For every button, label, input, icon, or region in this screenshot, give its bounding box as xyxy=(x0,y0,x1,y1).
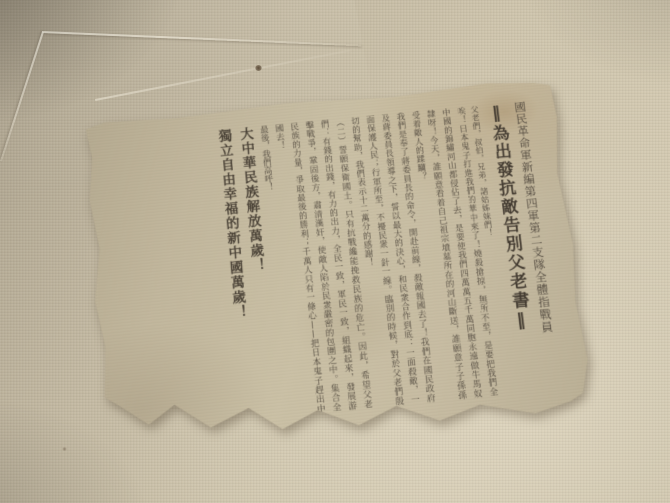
proclamation-text-block: 國民革命軍新編第四軍第二支隊全體指戰員 ‖為出發抗敵告別父老書‖ 父老們，叔伯，… xyxy=(97,101,565,434)
proclamation-paper: 國民革命軍新編第四軍第二支隊全體指戰員 ‖為出發抗敵告別父老書‖ 父老們，叔伯，… xyxy=(81,75,593,455)
proclamation-paper-wrapper: 國民革命軍新編第四軍第二支隊全體指戰員 ‖為出發抗敵告別父老書‖ 父老們，叔伯，… xyxy=(0,0,670,503)
museum-display-photo: 國民革命軍新編第四軍第二支隊全體指戰員 ‖為出發抗敵告別父老書‖ 父老們，叔伯，… xyxy=(0,0,670,503)
